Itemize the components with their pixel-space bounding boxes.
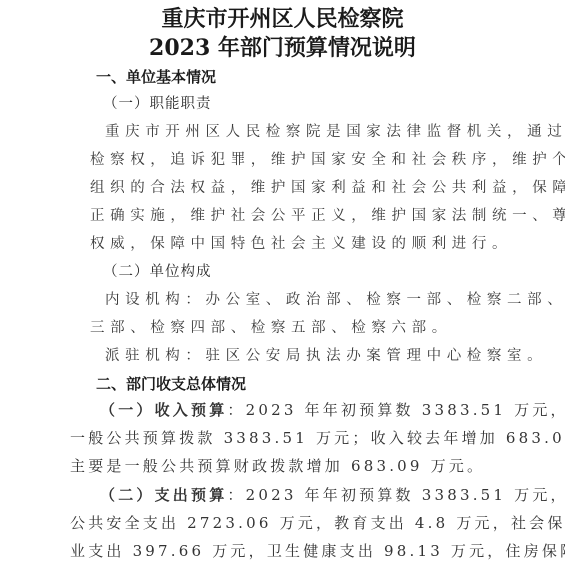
paragraph-line: 重庆市开州区人民检察院是国家法律监督机关，通过行使 [105, 120, 565, 141]
document-title-line2: 2023 年部门预算情况说明 [0, 31, 565, 62]
section1-heading: 一、单位基本情况 [96, 66, 216, 87]
section1-sub2-heading: （二）单位构成 [103, 260, 212, 281]
paragraph-line: 派驻机构：驻区公安局执法办案管理中心检察室。 [105, 344, 547, 365]
paragraph-line: 权威，保障中国特色社会主义建设的顺利进行。 [90, 232, 512, 253]
paragraph-line: 正确实施，维护社会公平正义，维护国家法制统一、尊严和 [90, 204, 565, 225]
expenditure-text: ：2023 年年初预算数 3383.51 万元，其中： [227, 486, 565, 504]
paragraph-line: 内设机构：办公室、政治部、检察一部、检察二部、检察 [105, 288, 565, 309]
income-text: ：2023 年年初预算数 3383.51 万元，其中： [227, 401, 565, 419]
paragraph-line: 主要是一般公共预算财政拨款增加 683.09 万元。 [70, 455, 485, 476]
paragraph-line: 组织的合法权益，维护国家利益和社会公共利益，保障法律 [90, 176, 565, 197]
income-paragraph-line: （一）收入预算：2023 年年初预算数 3383.51 万元，其中： [100, 399, 565, 420]
section2-heading: 二、部门收支总体情况 [96, 373, 246, 394]
paragraph-line: 三部、检察四部、检察五部、检察六部。 [90, 316, 452, 337]
paragraph-line: 公共安全支出 2723.06 万元，教育支出 4.8 万元，社会保障和就 [70, 512, 565, 533]
expenditure-label: （二）支出预算 [100, 486, 227, 504]
paragraph-line: 检察权，追诉犯罪，维护国家安全和社会秩序，维护个人和 [90, 148, 565, 169]
document-title-line1: 重庆市开州区人民检察院 [0, 2, 565, 33]
expenditure-paragraph-line: （二）支出预算：2023 年年初预算数 3383.51 万元，其中： [100, 484, 565, 505]
section1-sub1-heading: （一）职能职责 [103, 92, 212, 113]
paragraph-line: 业支出 397.66 万元，卫生健康支出 98.13 万元，住房保障支出 [70, 540, 565, 561]
paragraph-line: 一般公共预算拨款 3383.51 万元；收入较去年增加 683.09 万元， [70, 427, 565, 448]
income-label: （一）收入预算 [100, 401, 227, 419]
